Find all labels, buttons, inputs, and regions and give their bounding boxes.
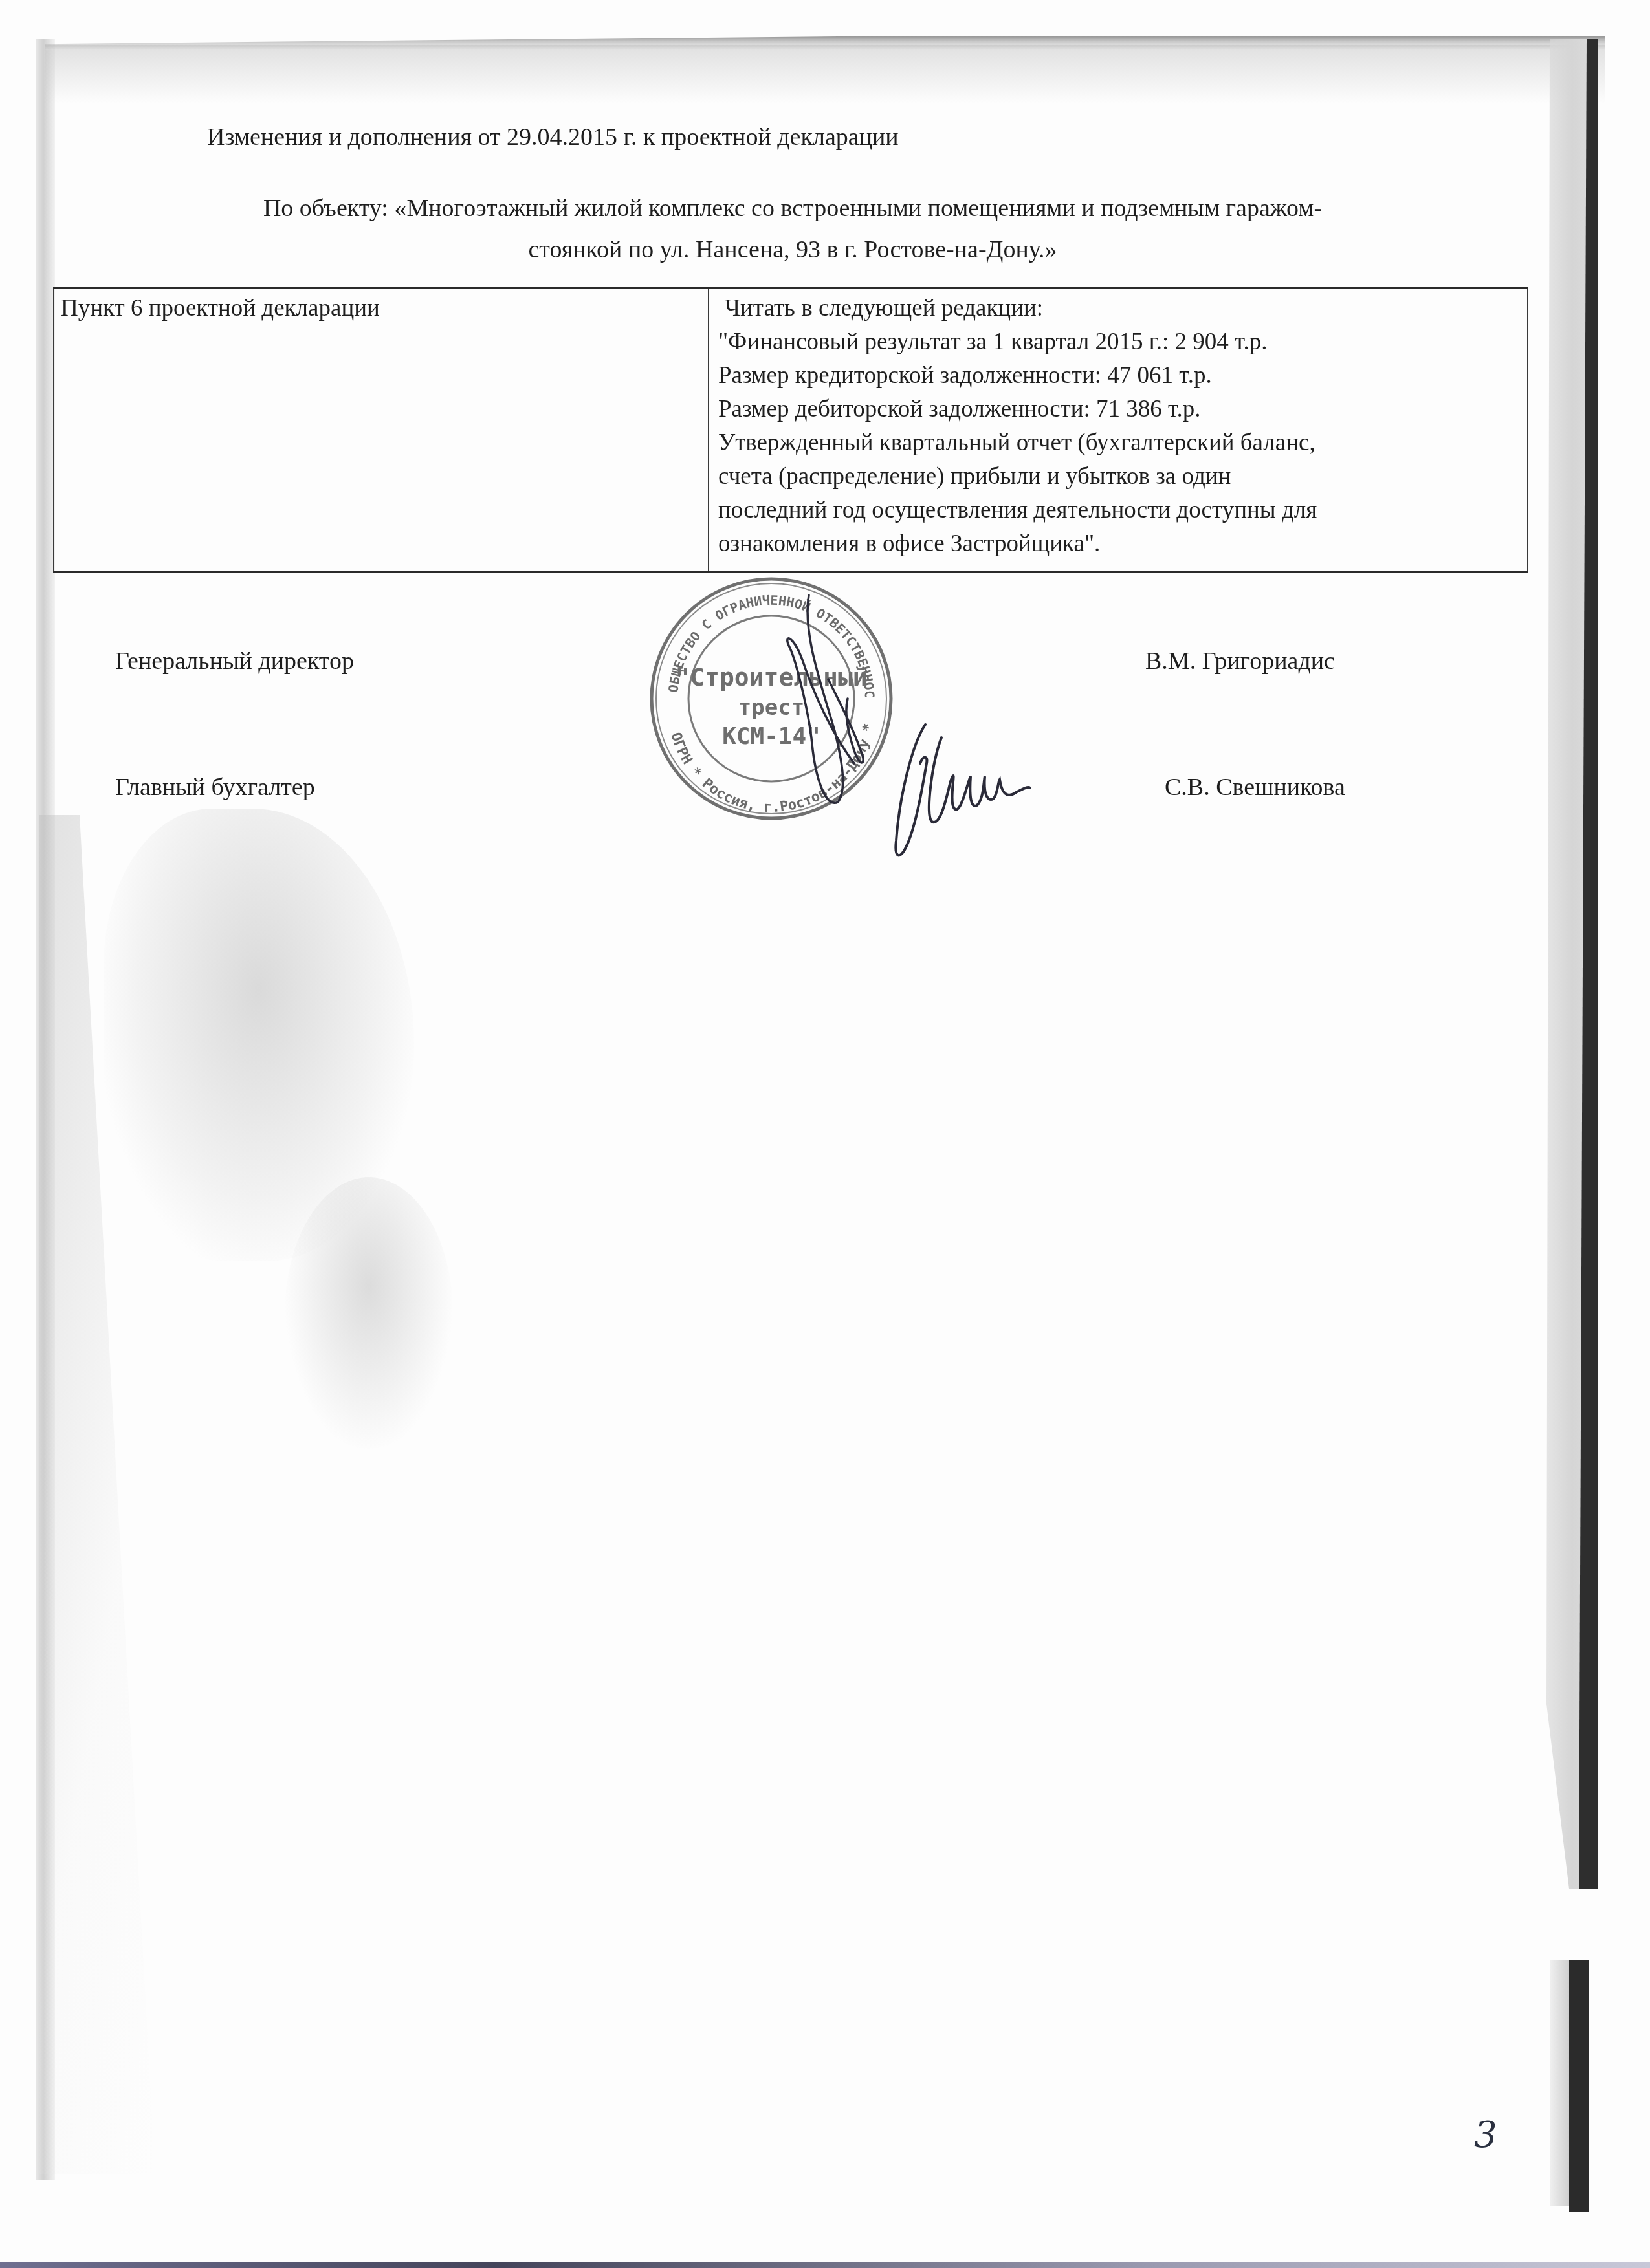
revision-line: "Финансовый результат за 1 квартал 2015 … — [718, 325, 1521, 359]
table-row: Пункт 6 проектной декларации Читать в сл… — [54, 288, 1528, 572]
signature-role-director: Генеральный директор — [115, 647, 354, 675]
scan-band-top — [45, 45, 1605, 104]
scan-smudge — [285, 1177, 453, 1449]
signature-name-director: В.М. Григориадис — [1145, 647, 1335, 675]
revision-line: ознакомления в офисе Застройщика". — [718, 527, 1521, 561]
subtitle-line: стоянкой по ул. Нансена, 93 в г. Ростове… — [110, 229, 1475, 270]
table-cell-revision: Читать в следующей редакции: "Финансовый… — [709, 288, 1528, 572]
revision-line: Размер кредиторской задолженности: 47 06… — [718, 359, 1521, 393]
scan-edge-bottom — [0, 2262, 1650, 2268]
document-title: Изменения и дополнения от 29.04.2015 г. … — [0, 123, 1650, 151]
signature-name-accountant: С.В. Свешникова — [1165, 773, 1345, 801]
document-subtitle: По объекту: «Многоэтажный жилой комплекс… — [110, 188, 1475, 270]
revision-line: счета (распределение) прибыли и убытков … — [718, 460, 1521, 494]
director-signature — [764, 582, 893, 815]
revision-line: Утвержденный квартальный отчет (бухгалте… — [718, 426, 1521, 460]
accountant-signature — [886, 718, 1081, 867]
declaration-table: Пункт 6 проектной декларации Читать в сл… — [53, 287, 1528, 573]
revision-line: Размер дебиторской задолженности: 71 386… — [718, 393, 1521, 426]
revision-line: последний год осуществления деятельности… — [718, 494, 1521, 527]
scan-edge-top — [45, 36, 1605, 50]
page-number: 3 — [1474, 2114, 1497, 2156]
scan-edge-right-lower — [1569, 1960, 1589, 2212]
subtitle-line: По объекту: «Многоэтажный жилой комплекс… — [110, 188, 1475, 229]
table-cell-item: Пункт 6 проектной декларации — [54, 288, 709, 572]
scan-band-right-lower — [1550, 1960, 1569, 2206]
revision-line: Читать в следующей редакции: — [718, 292, 1521, 325]
signature-role-accountant: Главный бухгалтер — [115, 773, 315, 801]
